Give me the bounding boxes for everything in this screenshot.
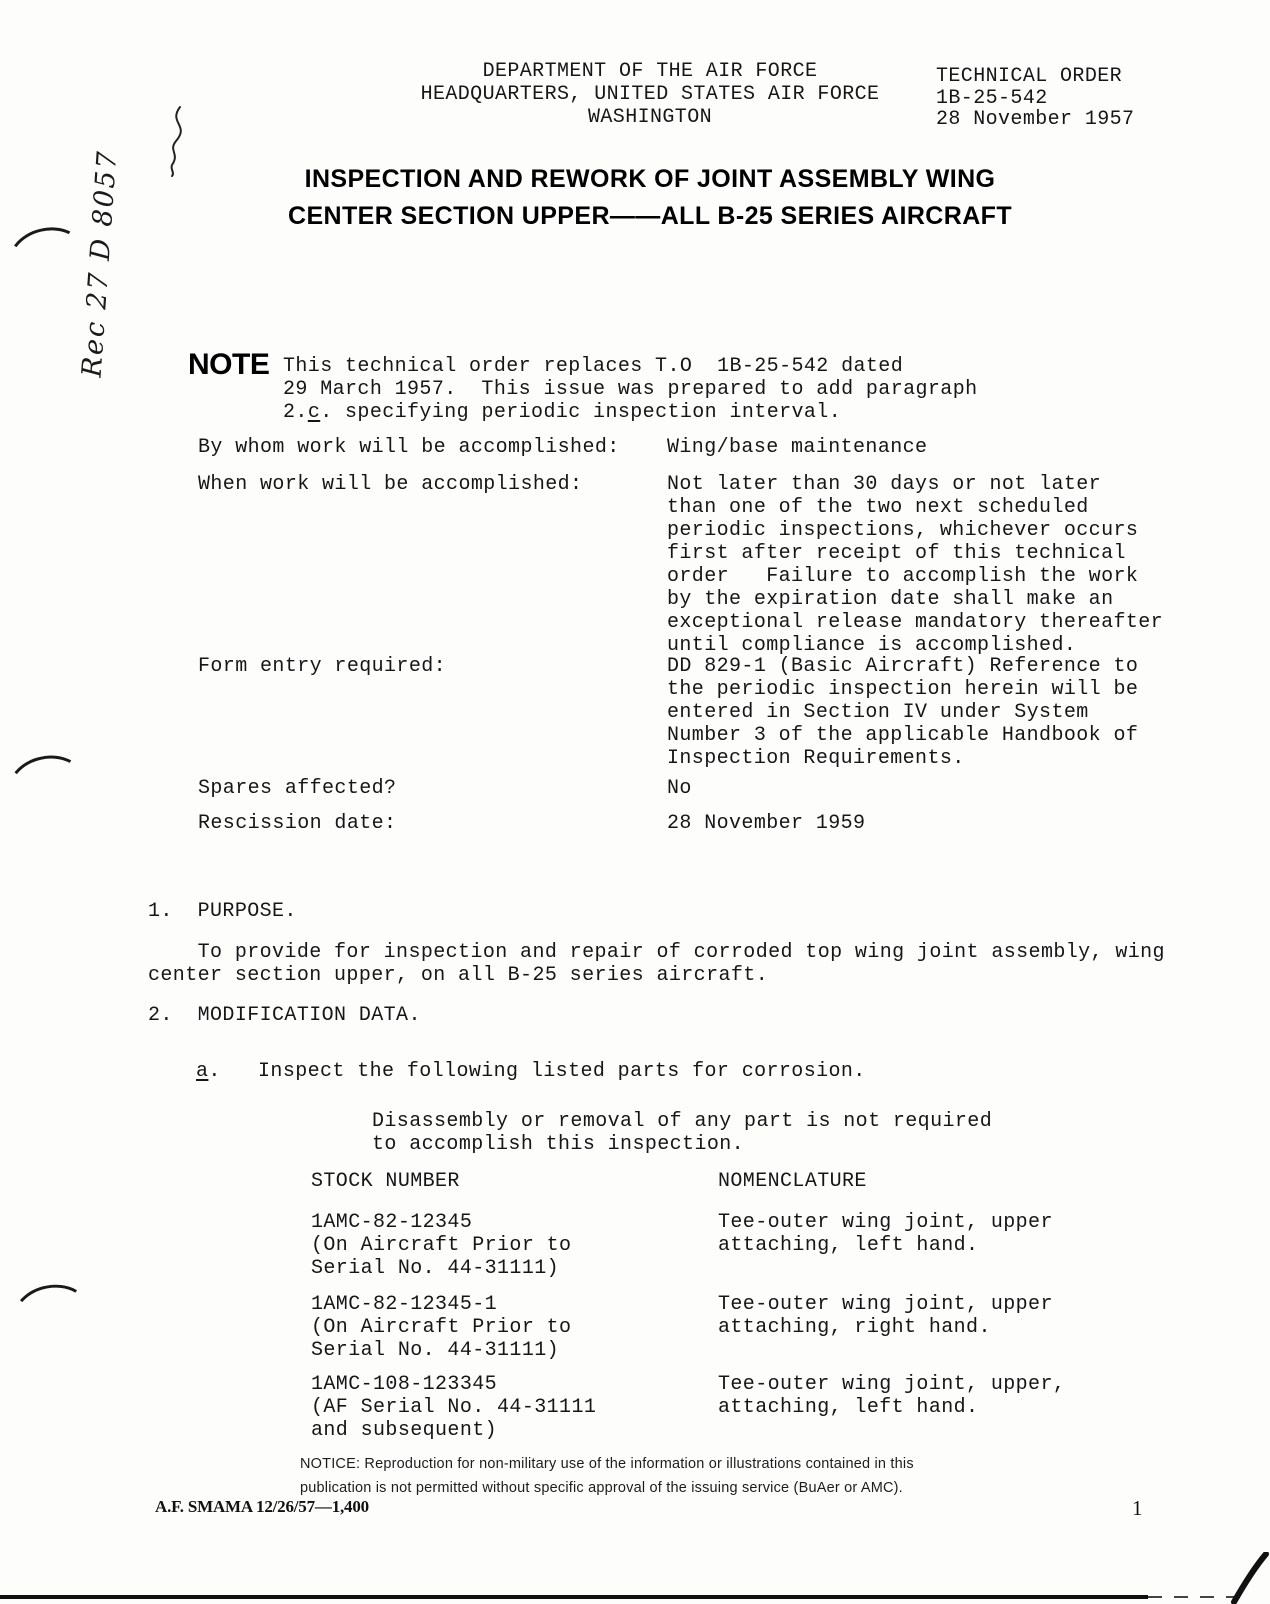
info-label: By whom work will be accomplished: xyxy=(198,436,620,459)
ink-squiggle xyxy=(150,103,190,178)
reproduction-notice: NOTICE: Reproduction for non-military us… xyxy=(300,1452,914,1500)
info-value: Wing/base maintenance xyxy=(667,436,927,459)
note-line3-underlined: c xyxy=(308,401,320,424)
item-a-text: . Inspect the following listed parts for… xyxy=(208,1060,865,1083)
info-label: Spares affected? xyxy=(198,777,396,800)
info-label: Rescission date: xyxy=(198,812,396,835)
stock-number-cell: 1AMC-108-123345 (AF Serial No. 44-31111 … xyxy=(311,1373,596,1442)
note-line3-suffix: . specifying periodic inspection interva… xyxy=(320,401,841,424)
page-number: 1 xyxy=(1132,1496,1143,1521)
scan-edge-line-dashes xyxy=(1148,1596,1238,1598)
document-title: INSPECTION AND REWORK OF JOINT ASSEMBLY … xyxy=(15,161,1270,235)
nomenclature-cell: Tee-outer wing joint, upper, attaching, … xyxy=(718,1373,1065,1419)
stock-number-cell: 1AMC-82-12345 (On Aircraft Prior to Seri… xyxy=(311,1211,571,1280)
info-label: Form entry required: xyxy=(198,655,446,678)
section-1-heading: 1. PURPOSE. xyxy=(148,900,297,923)
note-label: NOTE xyxy=(188,348,269,382)
note-text: This technical order replaces T.O 1B-25-… xyxy=(283,355,978,401)
info-value: 28 November 1959 xyxy=(667,812,865,835)
item-a-marker: a xyxy=(196,1060,208,1083)
stock-number-header: STOCK NUMBER xyxy=(311,1170,460,1193)
pen-mark-arc xyxy=(3,749,92,824)
inspection-note: Disassembly or removal of any part is no… xyxy=(372,1110,992,1156)
note-line3-prefix: 2. xyxy=(283,401,308,424)
section-2-heading: 2. MODIFICATION DATA. xyxy=(148,1004,421,1027)
stock-number-cell: 1AMC-82-12345-1 (On Aircraft Prior to Se… xyxy=(311,1293,571,1362)
pen-mark-arc xyxy=(8,1279,95,1352)
nomenclature-cell: Tee-outer wing joint, upper attaching, r… xyxy=(718,1293,1053,1339)
section-2-item-a: a. Inspect the following listed parts fo… xyxy=(196,1060,866,1083)
nomenclature-cell: Tee-outer wing joint, upper attaching, l… xyxy=(718,1211,1053,1257)
pen-mark-corner xyxy=(1228,1552,1270,1604)
imprint: A.F. SMAMA 12/26/57—1,400 xyxy=(155,1497,369,1517)
info-value: No xyxy=(667,777,692,800)
document-page: DEPARTMENT OF THE AIR FORCE HEADQUARTERS… xyxy=(0,0,1270,1604)
letterhead-technical-order: TECHNICAL ORDER 1B-25-542 28 November 19… xyxy=(936,66,1134,131)
scan-edge-line xyxy=(0,1595,1148,1599)
info-value: DD 829-1 (Basic Aircraft) Reference to t… xyxy=(667,655,1138,770)
section-1-body: To provide for inspection and repair of … xyxy=(148,941,1165,987)
info-value: Not later than 30 days or not later than… xyxy=(667,473,1163,657)
note-text-line3: 2.c. specifying periodic inspection inte… xyxy=(283,401,841,424)
info-label: When work will be accomplished: xyxy=(198,473,582,496)
nomenclature-header: NOMENCLATURE xyxy=(718,1170,867,1193)
